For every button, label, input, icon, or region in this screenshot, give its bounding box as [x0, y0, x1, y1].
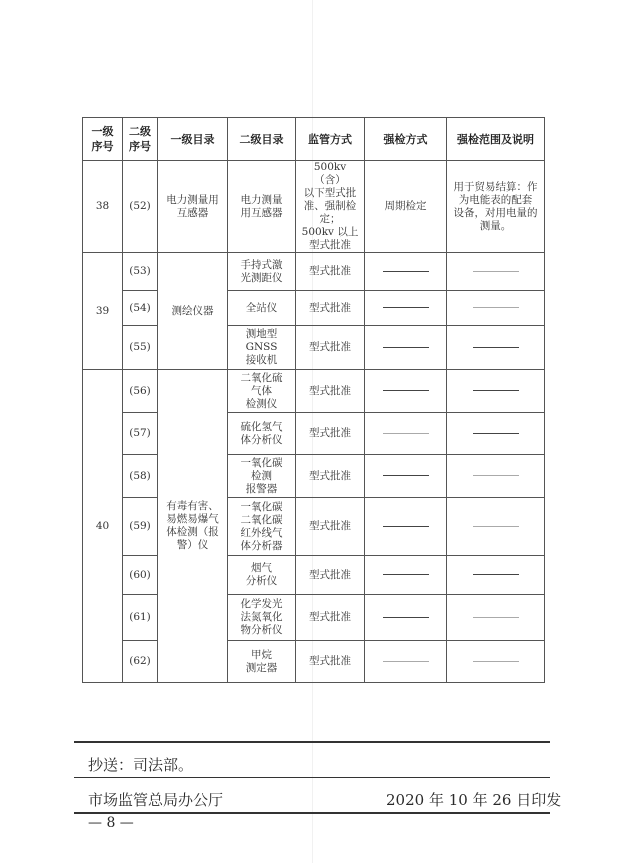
- table-row: (58) 一氧化碳 检测 报警器 型式批准: [83, 455, 545, 498]
- table-header-row: 一级 序号 二级 序号 一级目录 二级目录 监管方式 强检方式 强检范围及说明: [83, 118, 545, 161]
- level2-no: (58): [123, 455, 158, 498]
- inspection-method-empty: [365, 595, 447, 641]
- inspection-method-empty: [365, 413, 447, 455]
- inspection-method-empty: [365, 455, 447, 498]
- level2-no: (53): [123, 253, 158, 291]
- inspection-method-empty: [365, 326, 447, 370]
- header-scope-description: 强检范围及说明: [447, 118, 545, 161]
- inspection-method-empty: [365, 641, 447, 683]
- table-row: (61) 化学发光 法氮氧化 物分析仪 型式批准: [83, 595, 545, 641]
- measuring-instrument-catalog-table: 一级 序号 二级 序号 一级目录 二级目录 监管方式 强检方式 强检范围及说明 …: [82, 117, 545, 683]
- page-number: — 8 —: [88, 815, 134, 831]
- empty-dash: [473, 271, 519, 272]
- level2-category: 测地型 GNSS 接收机: [228, 326, 296, 370]
- empty-dash: [383, 526, 429, 527]
- empty-dash: [473, 433, 519, 434]
- level1-no: 38: [83, 161, 123, 253]
- level2-category: 一氧化碳 二氧化碳 红外线气 体分析器: [228, 498, 296, 556]
- level1-category: 测绘仪器: [158, 253, 228, 370]
- header-level1-category: 一级目录: [158, 118, 228, 161]
- header-level2-no: 二级 序号: [123, 118, 158, 161]
- issuing-office: 市场监管总局办公厅: [88, 789, 223, 810]
- empty-dash: [473, 574, 519, 575]
- footer-top-rule: [74, 741, 550, 743]
- inspection-method: 周期检定: [365, 161, 447, 253]
- scope-empty: [447, 370, 545, 413]
- empty-dash: [383, 390, 429, 391]
- level2-no: (59): [123, 498, 158, 556]
- regulation-method: 型式批准: [296, 641, 365, 683]
- level1-category: 有毒有害、 易燃易爆气 体检测（报 警）仪: [158, 370, 228, 683]
- table-row: 38 (52) 电力测量用 互感器 电力测量 用互感器 500kv（含） 以下型…: [83, 161, 545, 253]
- regulation-method: 型式批准: [296, 556, 365, 595]
- regulation-method: 型式批准: [296, 455, 365, 498]
- empty-dash: [383, 475, 429, 476]
- scope-empty: [447, 455, 545, 498]
- level2-category: 全站仪: [228, 291, 296, 326]
- empty-dash: [383, 347, 429, 348]
- level2-category: 手持式激 光测距仪: [228, 253, 296, 291]
- level2-category: 硫化氢气 体分析仪: [228, 413, 296, 455]
- inspection-method-empty: [365, 498, 447, 556]
- table-row: (54) 全站仪 型式批准: [83, 291, 545, 326]
- empty-dash: [473, 347, 519, 348]
- level2-category: 烟气 分析仪: [228, 556, 296, 595]
- level2-category: 甲烷 测定器: [228, 641, 296, 683]
- inspection-method-empty: [365, 370, 447, 413]
- level2-no: (62): [123, 641, 158, 683]
- level1-no: 40: [83, 370, 123, 683]
- regulation-method: 型式批准: [296, 413, 365, 455]
- empty-dash: [473, 390, 519, 391]
- regulation-method: 型式批准: [296, 595, 365, 641]
- level2-no: (52): [123, 161, 158, 253]
- inspection-method-empty: [365, 253, 447, 291]
- level2-category: 电力测量 用互感器: [228, 161, 296, 253]
- header-regulation-method: 监管方式: [296, 118, 365, 161]
- level2-no: (55): [123, 326, 158, 370]
- empty-dash: [383, 271, 429, 272]
- scope-empty: [447, 291, 545, 326]
- regulation-method: 型式批准: [296, 291, 365, 326]
- empty-dash: [383, 574, 429, 575]
- issue-date: 2020 年 10 年 26 日印发: [386, 789, 561, 810]
- level1-no: 39: [83, 253, 123, 370]
- empty-dash: [383, 661, 429, 662]
- level2-category: 一氧化碳 检测 报警器: [228, 455, 296, 498]
- regulation-method: 型式批准: [296, 498, 365, 556]
- level2-no: (57): [123, 413, 158, 455]
- scope-empty: [447, 413, 545, 455]
- scope-empty: [447, 326, 545, 370]
- table-row: 39 (53) 测绘仪器 手持式激 光测距仪 型式批准: [83, 253, 545, 291]
- regulation-method: 型式批准: [296, 326, 365, 370]
- empty-dash: [473, 475, 519, 476]
- table-row: (55) 测地型 GNSS 接收机 型式批准: [83, 326, 545, 370]
- empty-dash: [473, 526, 519, 527]
- regulation-method: 型式批准: [296, 253, 365, 291]
- empty-dash: [383, 433, 429, 434]
- regulation-method: 500kv（含） 以下型式批 准、强制检 定； 500kv 以上 型式批准: [296, 161, 365, 253]
- scope-empty: [447, 556, 545, 595]
- level2-category: 二氧化硫 气体 检测仪: [228, 370, 296, 413]
- cc-line: 抄送：司法部。: [88, 754, 193, 775]
- empty-dash: [383, 307, 429, 308]
- table-row: (60) 烟气 分析仪 型式批准: [83, 556, 545, 595]
- table-row: (59) 一氧化碳 二氧化碳 红外线气 体分析器 型式批准: [83, 498, 545, 556]
- inspection-method-empty: [365, 291, 447, 326]
- empty-dash: [383, 617, 429, 618]
- empty-dash: [473, 617, 519, 618]
- scope-empty: [447, 498, 545, 556]
- footer-middle-rule: [74, 777, 550, 778]
- level2-category: 化学发光 法氮氧化 物分析仪: [228, 595, 296, 641]
- level1-category: 电力测量用 互感器: [158, 161, 228, 253]
- header-level2-category: 二级目录: [228, 118, 296, 161]
- empty-dash: [473, 307, 519, 308]
- header-level1-no: 一级 序号: [83, 118, 123, 161]
- table-row: (57) 硫化氢气 体分析仪 型式批准: [83, 413, 545, 455]
- scope-empty: [447, 641, 545, 683]
- level2-no: (56): [123, 370, 158, 413]
- table-row: 40 (56) 有毒有害、 易燃易爆气 体检测（报 警）仪 二氧化硫 气体 检测…: [83, 370, 545, 413]
- scope-description: 用于贸易结算：作 为电能表的配套 设备，对用电量的 测量。: [447, 161, 545, 253]
- regulation-method: 型式批准: [296, 370, 365, 413]
- header-inspection-method: 强检方式: [365, 118, 447, 161]
- scope-empty: [447, 253, 545, 291]
- level2-no: (60): [123, 556, 158, 595]
- inspection-method-empty: [365, 556, 447, 595]
- footer-bottom-rule: [74, 812, 550, 814]
- scope-empty: [447, 595, 545, 641]
- empty-dash: [473, 661, 519, 662]
- table-row: (62) 甲烷 测定器 型式批准: [83, 641, 545, 683]
- level2-no: (61): [123, 595, 158, 641]
- level2-no: (54): [123, 291, 158, 326]
